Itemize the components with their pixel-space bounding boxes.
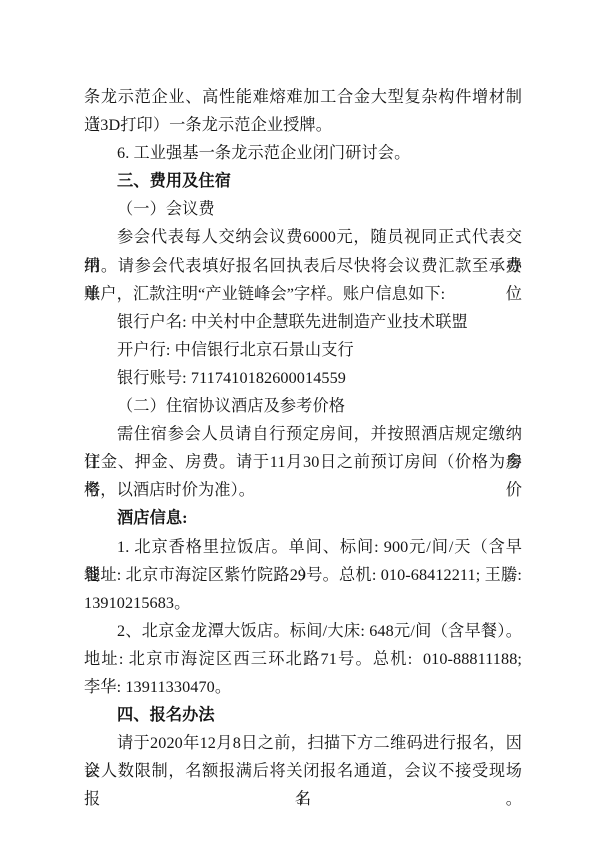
- paragraph-continuation-line: 条龙示范企业、高性能难熔难加工合金大型复杂构件增材制造: [84, 83, 522, 111]
- subsection-heading-hotel-price: （二）住宿协议酒店及参考价格: [84, 392, 522, 420]
- bank-account-number-line: 银行账号: 7117410182600014559: [84, 364, 522, 392]
- subsection-heading-conference-fee: （一）会议费: [84, 195, 522, 223]
- hotel-info-heading: 酒店信息:: [84, 504, 522, 532]
- page-number: 3: [0, 792, 600, 808]
- bank-account-name-line: 银行户名: 中关村中企慧联先进制造产业技术联盟: [84, 308, 522, 336]
- hotel-1-address-line: 地址: 北京市海淀区紫竹院路29号。总机: 010-68412211; 王腾:: [84, 561, 522, 589]
- hotel-1-phone-line: 13910215683。: [84, 589, 522, 617]
- hotel-booking-paragraph-line: 需住宿参会人员请自行预定房间，并按照酒店规定缴纳住房: [84, 420, 522, 448]
- registration-paragraph-line: 议人数限制，名额报满后将关闭报名通道，会议不接受现场报名。: [84, 757, 522, 785]
- section-heading-fees-accommodation: 三、费用及住宿: [84, 167, 522, 195]
- bank-branch-line: 开户行: 中信银行北京石景山支行: [84, 336, 522, 364]
- agenda-item-6-line: 6. 工业强基一条龙示范企业闭门研讨会。: [84, 139, 522, 167]
- fee-paragraph-line: 参会代表每人交纳会议费6000元，随员视同正式代表交纳费: [84, 223, 522, 251]
- hotel-booking-paragraph-line: 订金、押金、房费。请于11月30日之前预订房间（价格为参考价: [84, 448, 522, 476]
- registration-paragraph-line: 请于2020年12月8日之前，扫描下方二维码进行报名，因会: [84, 729, 522, 757]
- section-heading-registration: 四、报名办法: [84, 701, 522, 729]
- hotel-2-line: 2、北京金龙潭大饭店。标间/大床: 648元/间（含早餐）。: [84, 617, 522, 645]
- hotel-2-phone-line: 李华: 13911330470。: [84, 673, 522, 701]
- hotel-2-address-line: 地址: 北京市海淀区西三环北路71号。总机: 010-88811188;: [84, 645, 522, 673]
- fee-paragraph-line: 用。请参会代表填好报名回执表后尽快将会议费汇款至承办单位: [84, 252, 522, 280]
- paragraph-continuation-line: （3D打印）一条龙示范企业授牌。: [84, 111, 522, 139]
- hotel-1-line: 1. 北京香格里拉饭店。单间、标间: 900元/间/天（含早餐）。: [84, 533, 522, 561]
- document-body: 条龙示范企业、高性能难熔难加工合金大型复杂构件增材制造 （3D打印）一条龙示范企…: [84, 83, 522, 785]
- document-page: 条龙示范企业、高性能难熔难加工合金大型复杂构件增材制造 （3D打印）一条龙示范企…: [0, 0, 600, 847]
